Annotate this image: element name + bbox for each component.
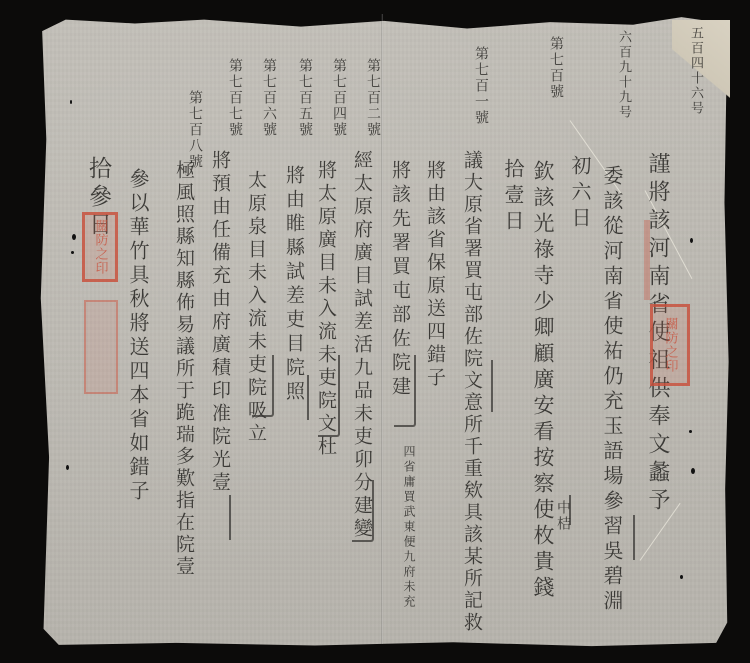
paper-hole	[72, 234, 76, 240]
bracket-line	[633, 515, 635, 560]
paper-hole	[66, 465, 69, 470]
text-column: 第七百一號	[474, 46, 488, 126]
text-column: 將預由任備充由府廣積印准院光壹	[210, 150, 229, 495]
text-column: 中桔	[556, 500, 570, 532]
text-column: 第七百號	[549, 36, 563, 100]
text-column: 六百九十九号	[617, 30, 630, 120]
bracket-line	[491, 360, 493, 412]
paper-hole	[70, 100, 72, 104]
text-column: 初六日	[570, 155, 590, 233]
bracket-line	[318, 355, 340, 437]
text-column: 拾壹日	[503, 158, 523, 236]
bracket-line	[229, 495, 231, 540]
official-seal: 關防之印	[82, 212, 118, 282]
text-column: 將由睢縣試差吏目院照	[284, 165, 303, 405]
text-column: 第七百四號	[332, 58, 346, 138]
text-column: 第七百七號	[228, 58, 242, 138]
paper-hole	[690, 238, 693, 243]
text-column: 四省庸買武東便九府未充	[403, 445, 415, 610]
text-column: 第七百八號	[188, 90, 202, 170]
text-column: 第七百六號	[262, 58, 276, 138]
bracket-line	[307, 375, 309, 420]
text-column: 欽該光祿寺少卿顧廣安看按察使枚貴錢	[532, 160, 553, 602]
paper-hole	[680, 575, 683, 579]
text-column: 參以華竹具秋將送四本省如錯子	[128, 168, 148, 504]
text-column: 第七百二號	[366, 58, 380, 138]
bracket-line	[352, 480, 374, 542]
paper-hole	[691, 468, 695, 474]
text-column: 將由該省保原送四錯子	[425, 160, 444, 390]
text-column: 極風照縣知縣佈易議所于跪瑞多歎指在院壹	[174, 160, 193, 578]
center-fold-line	[381, 14, 383, 644]
paper-hole	[689, 430, 692, 433]
bracket-line	[569, 495, 571, 525]
text-column: 議大原省署買屯部佐院文意所千重欸具該某所記救	[462, 150, 481, 634]
text-column: 委該從河南省使祐仍充玉語場參習吳碧淵	[602, 165, 622, 615]
bracket-line	[394, 355, 416, 427]
text-column: 五百四十六号	[689, 26, 702, 116]
text-column: 第七百五號	[298, 58, 312, 138]
official-seal: 關防之印	[650, 304, 690, 386]
seal-trace	[644, 220, 650, 300]
paper-hole	[71, 251, 74, 254]
seal-trace	[84, 300, 118, 394]
bracket-line	[252, 355, 274, 417]
